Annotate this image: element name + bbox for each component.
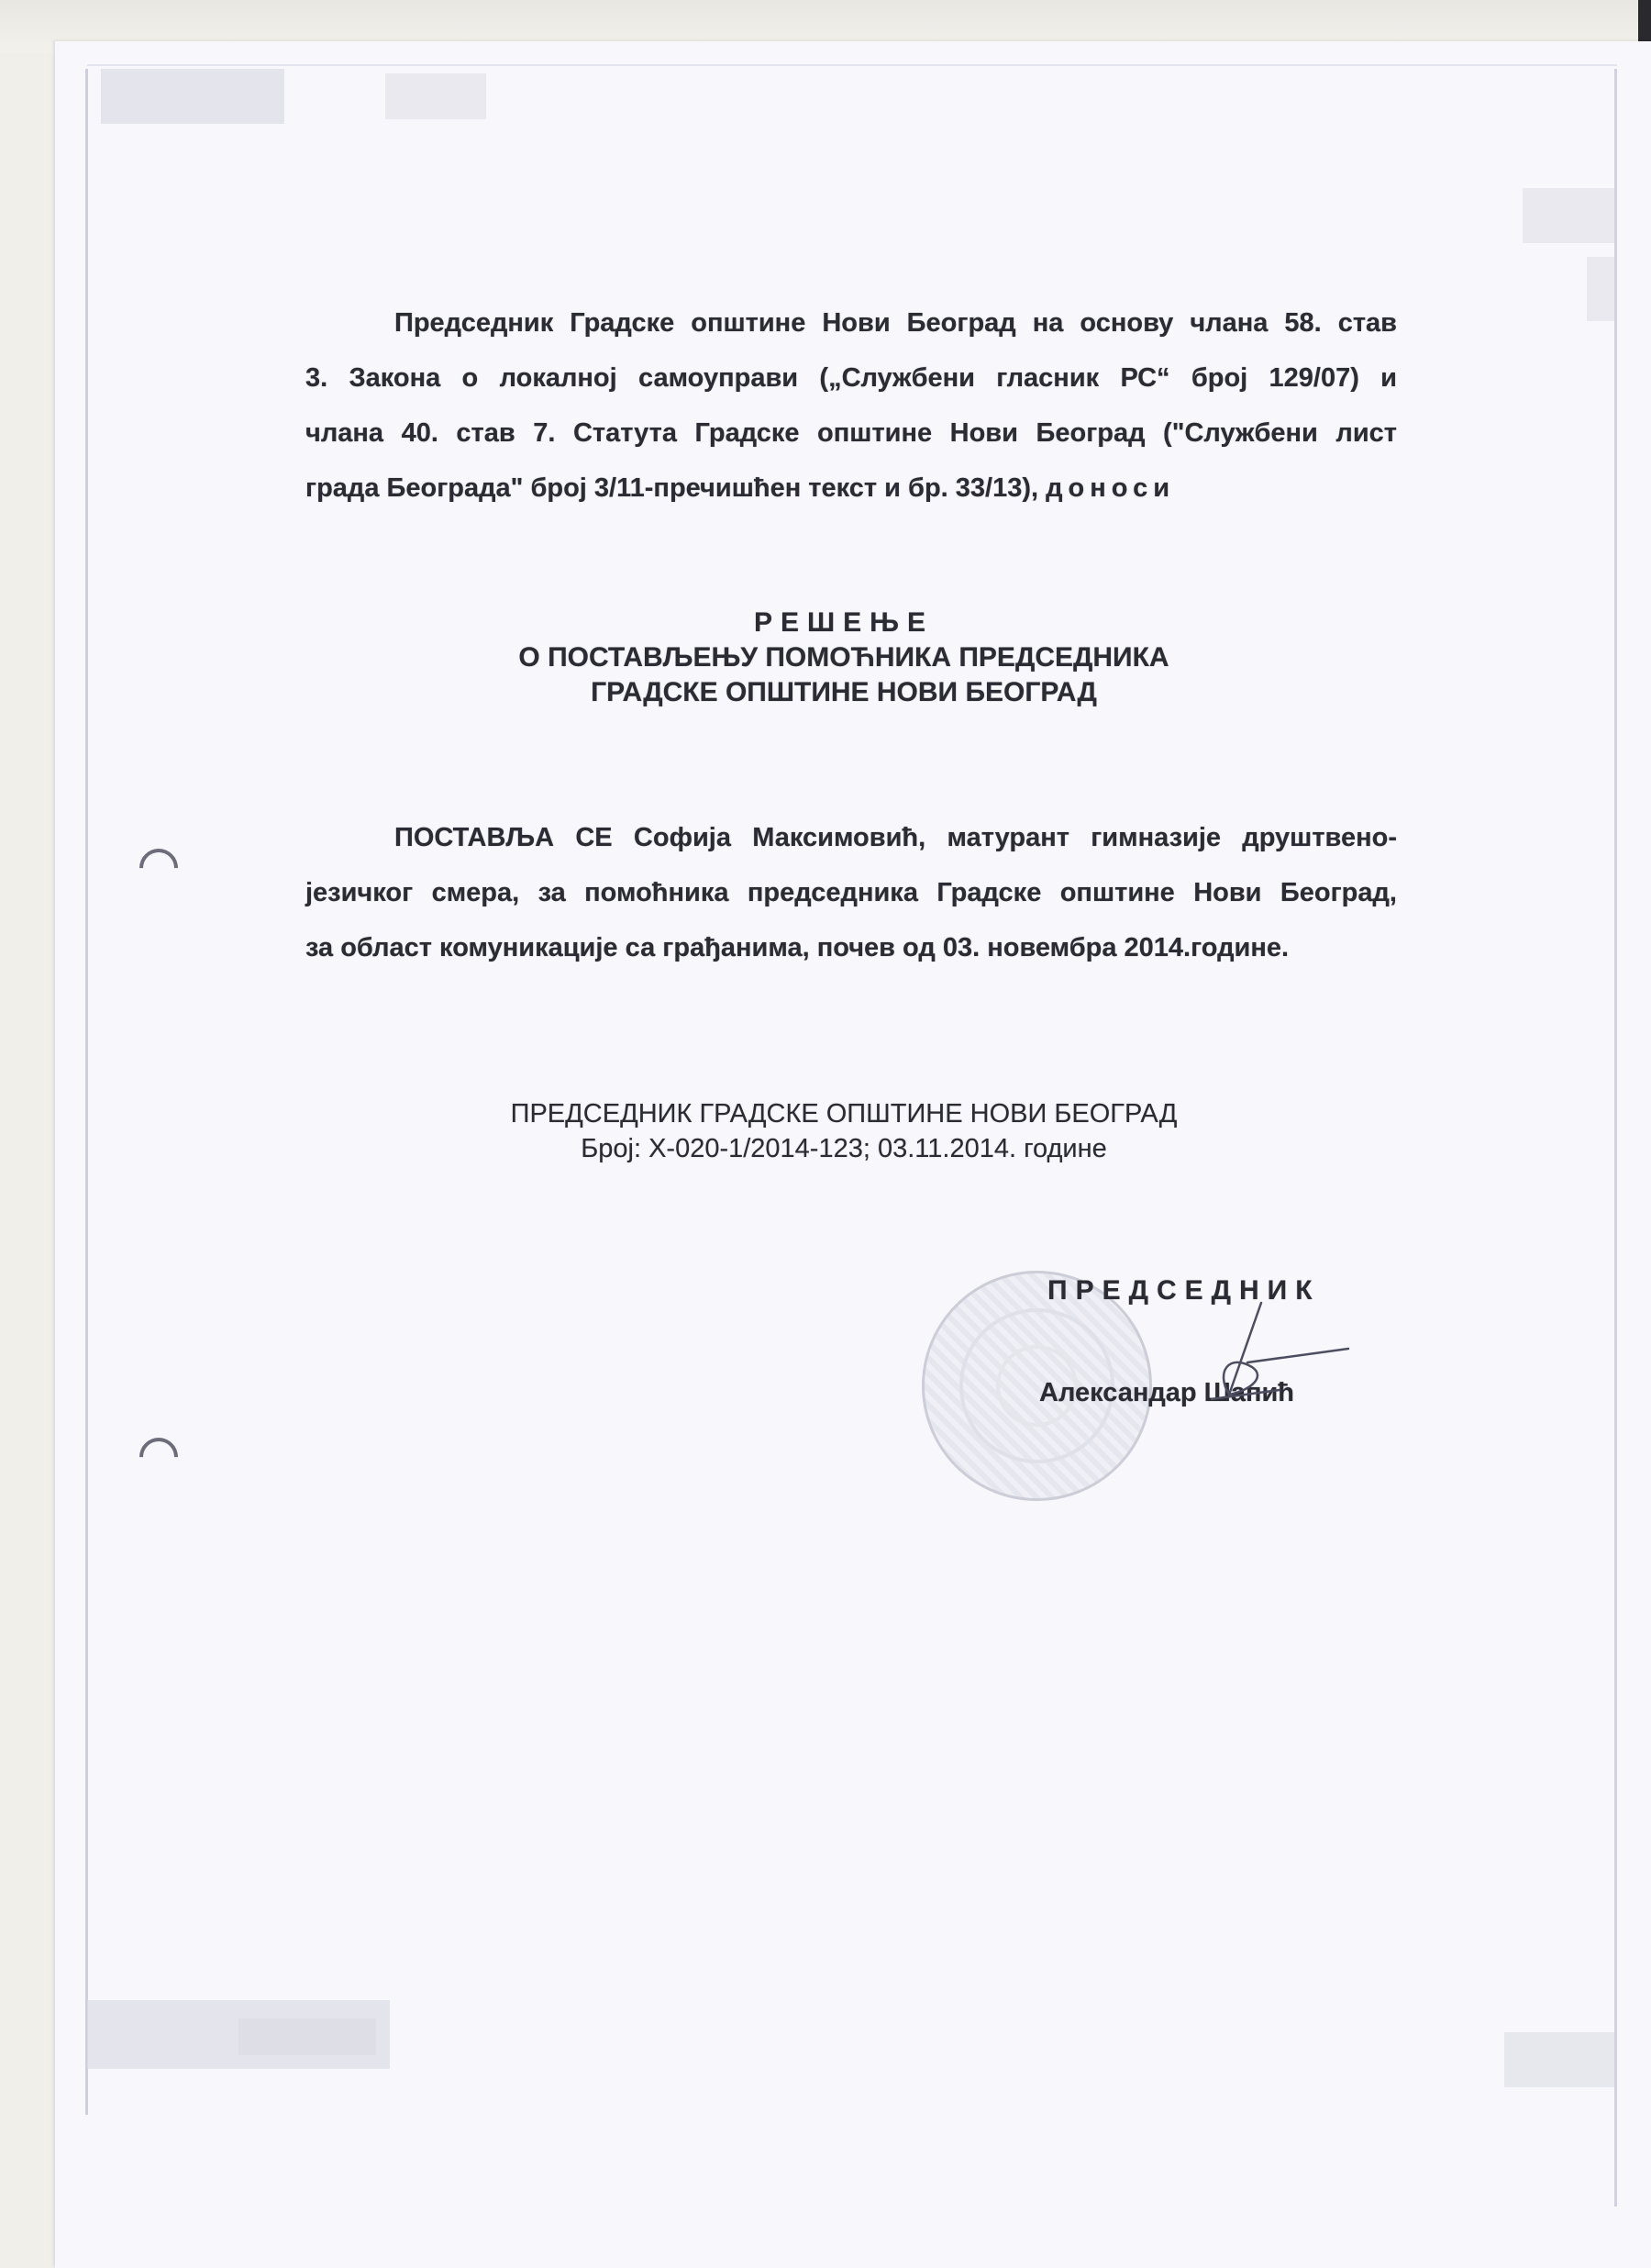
preamble-line: члана 40. став 7. Статута Градске општин… <box>305 406 1397 461</box>
preamble-paragraph: Председник Градске општине Нови Београд … <box>305 295 1397 516</box>
scan-artifact <box>1587 257 1614 321</box>
preamble-line-last: града Београда" број 3/11-пречишћен текс… <box>305 461 1397 516</box>
scan-artifact <box>1504 2032 1614 2087</box>
preamble-line-text: града Београда" број 3/11-пречишћен текс… <box>305 473 1038 503</box>
body-line: ПОСТАВЉА СЕ Софија Максимовић, матурант … <box>305 810 1397 865</box>
decision-subtitle-2: ГРАДСКЕ ОПШТИНЕ НОВИ БЕОГРАД <box>440 675 1247 710</box>
preamble-line: 3. Закона о локалној самоуправи („Службе… <box>305 350 1397 406</box>
decision-subtitle: О ПОСТАВЉЕЊУ ПОМОЋНИКА ПРЕДСЕДНИКА <box>440 640 1247 675</box>
scan-artifact <box>385 73 486 119</box>
scan-artifact <box>101 69 284 124</box>
preamble-line: Председник Градске општине Нови Београд … <box>305 295 1397 350</box>
scan-artifact <box>238 2018 376 2055</box>
page-border-left <box>85 69 88 2115</box>
handwritten-signature <box>1211 1298 1357 1408</box>
issuer-block: ПРЕДСЕДНИК ГРАДСКЕ ОПШТИНЕ НОВИ БЕОГРАД … <box>440 1096 1247 1166</box>
body-line: за област комуникације са грађанима, поч… <box>305 920 1397 975</box>
decision-heading: РЕШЕЊЕ О ПОСТАВЉЕЊУ ПОМОЋНИКА ПРЕДСЕДНИК… <box>440 606 1247 710</box>
decision-title: РЕШЕЊЕ <box>440 606 1247 640</box>
decision-body: ПОСТАВЉА СЕ Софија Максимовић, матурант … <box>305 810 1397 975</box>
body-line: језичког смера, за помоћника председника… <box>305 865 1397 920</box>
issuer-title: ПРЕДСЕДНИК ГРАДСКЕ ОПШТИНЕ НОВИ БЕОГРАД <box>440 1096 1247 1131</box>
page-border-right <box>1614 69 1617 2207</box>
preamble-closing-word: доноси <box>1046 473 1175 503</box>
page-border-top <box>87 64 1617 66</box>
scan-artifact <box>1523 188 1614 243</box>
document-reference: Број: X-020-1/2014-123; 03.11.2014. годи… <box>440 1131 1247 1166</box>
